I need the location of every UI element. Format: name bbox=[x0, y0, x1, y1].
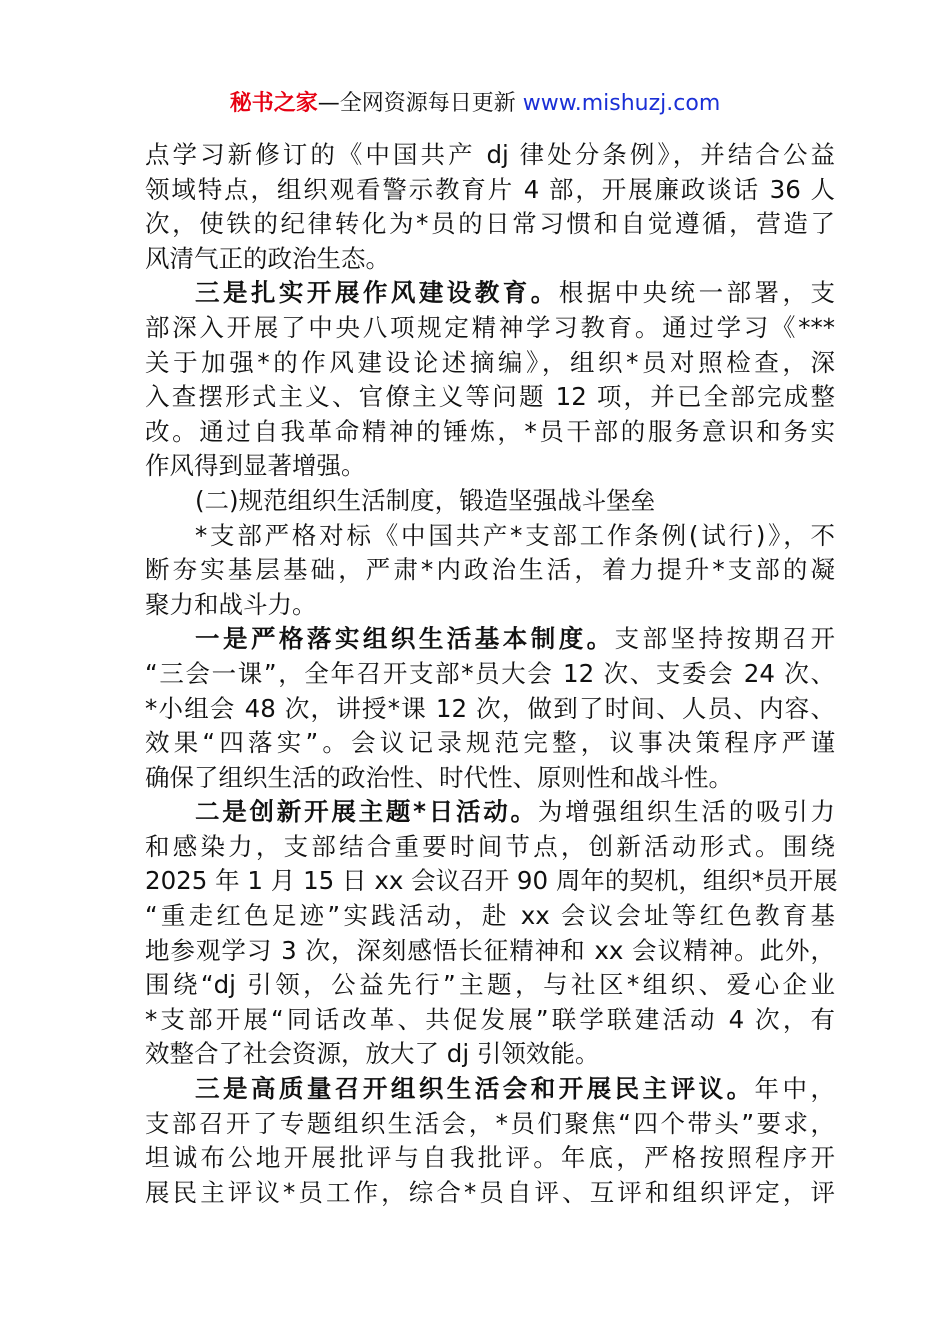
text-line: 和感染力，支部结合重要时间节点，创新活动形式。围绕 bbox=[145, 830, 835, 865]
text-line: *小组会 48 次，讲授*课 12 次，做到了时间、人员、内容、 bbox=[145, 692, 835, 727]
text-line: 展民主评议*员工作，综合*员自评、互评和组织评定，评 bbox=[145, 1176, 835, 1211]
text-line: “重走红色足迹”实践活动，赴 xx 会议会址等红色教育基 bbox=[145, 899, 835, 934]
text-run: 为增强组织生活的吸引力 bbox=[538, 797, 835, 826]
site-watermark-header: 秘书之家—全网资源每日更新 www.mishuzj.com bbox=[0, 88, 950, 120]
text-line: 领域特点，组织观看警示教育片 4 部，开展廉政谈话 36 人 bbox=[145, 173, 835, 208]
brand-name: 秘书之家 bbox=[230, 91, 318, 116]
text-line: 断夯实基层基础，严肃*内政治生活，着力提升*支部的凝 bbox=[145, 553, 835, 588]
text-line: *支部严格对标《中国共产*支部工作条例(试行)》，不 bbox=[145, 519, 835, 554]
text-line: 效整合了社会资源，放大了 dj 引领效能。 bbox=[145, 1037, 835, 1072]
text-line: 聚力和战斗力。 bbox=[145, 588, 835, 623]
text-line: “三会一课”，全年召开支部*员大会 12 次、支委会 24 次、 bbox=[145, 657, 835, 692]
text-line: 点学习新修订的《中国共产 dj 律处分条例》，并结合公益 bbox=[145, 138, 835, 173]
paragraph-heading: 三是高质量召开组织生活会和开展民主评议。 bbox=[195, 1074, 755, 1103]
text-line: *支部开展“同话改革、共促发展”联学联建活动 4 次，有 bbox=[145, 1003, 835, 1038]
paragraph-lead-line: 三是高质量召开组织生活会和开展民主评议。年中， bbox=[145, 1072, 835, 1107]
text-line: 坦诚布公地开展批评与自我批评。年底，严格按照程序开 bbox=[145, 1141, 835, 1176]
paragraph-lead-line: 一是严格落实组织生活基本制度。支部坚持按期召开 bbox=[145, 622, 835, 657]
text-line: 关于加强*的作风建设论述摘编》，组织*员对照检查，深 bbox=[145, 346, 835, 381]
text-run: 根据中央统一部署，支 bbox=[559, 278, 835, 307]
document-body: 点学习新修订的《中国共产 dj 律处分条例》，并结合公益 领域特点，组织观看警示… bbox=[145, 138, 835, 1210]
section-heading: (二)规范组织生活制度，锻造坚强战斗堡垒 bbox=[145, 484, 835, 519]
text-line: 部深入开展了中央八项规定精神学习教育。通过学习《*** bbox=[145, 311, 835, 346]
text-line: 次，使铁的纪律转化为*员的日常习惯和自觉遵循，营造了 bbox=[145, 207, 835, 242]
site-url-link[interactable]: www.mishuzj.com bbox=[523, 91, 720, 116]
paragraph-lead-line: 二是创新开展主题*日活动。为增强组织生活的吸引力 bbox=[145, 795, 835, 830]
paragraph-heading: 一是严格落实组织生活基本制度。 bbox=[195, 624, 615, 653]
text-line: 入查摆形式主义、官僚主义等问题 12 项，并已全部完成整 bbox=[145, 380, 835, 415]
text-line: 确保了组织生活的政治性、时代性、原则性和战斗性。 bbox=[145, 761, 835, 796]
text-line: 改。通过自我革命精神的锤炼，*员干部的服务意识和务实 bbox=[145, 415, 835, 450]
paragraph-lead-line: 三是扎实开展作风建设教育。根据中央统一部署，支 bbox=[145, 276, 835, 311]
text-line: 围绕“dj 引领，公益先行”主题，与社区*组织、爱心企业 bbox=[145, 968, 835, 1003]
text-run: 支部坚持按期召开 bbox=[615, 624, 835, 653]
text-line: 作风得到显著增强。 bbox=[145, 449, 835, 484]
tagline: —全网资源每日更新 bbox=[318, 91, 516, 116]
text-line: 风清气正的政治生态。 bbox=[145, 242, 835, 277]
paragraph-heading: 三是扎实开展作风建设教育。 bbox=[195, 278, 559, 307]
text-line: 地参观学习 3 次，深刻感悟长征精神和 xx 会议精神。此外， bbox=[145, 934, 835, 969]
text-line: 2025 年 1 月 15 日 xx 会议召开 90 周年的契机，组织*员开展 bbox=[145, 864, 835, 899]
text-line: 效果“四落实”。会议记录规范完整，议事决策程序严谨 bbox=[145, 726, 835, 761]
paragraph-heading: 二是创新开展主题*日活动。 bbox=[195, 797, 538, 826]
text-run: 年中， bbox=[755, 1074, 835, 1103]
text-line: 支部召开了专题组织生活会，*员们聚焦“四个带头”要求， bbox=[145, 1107, 835, 1142]
